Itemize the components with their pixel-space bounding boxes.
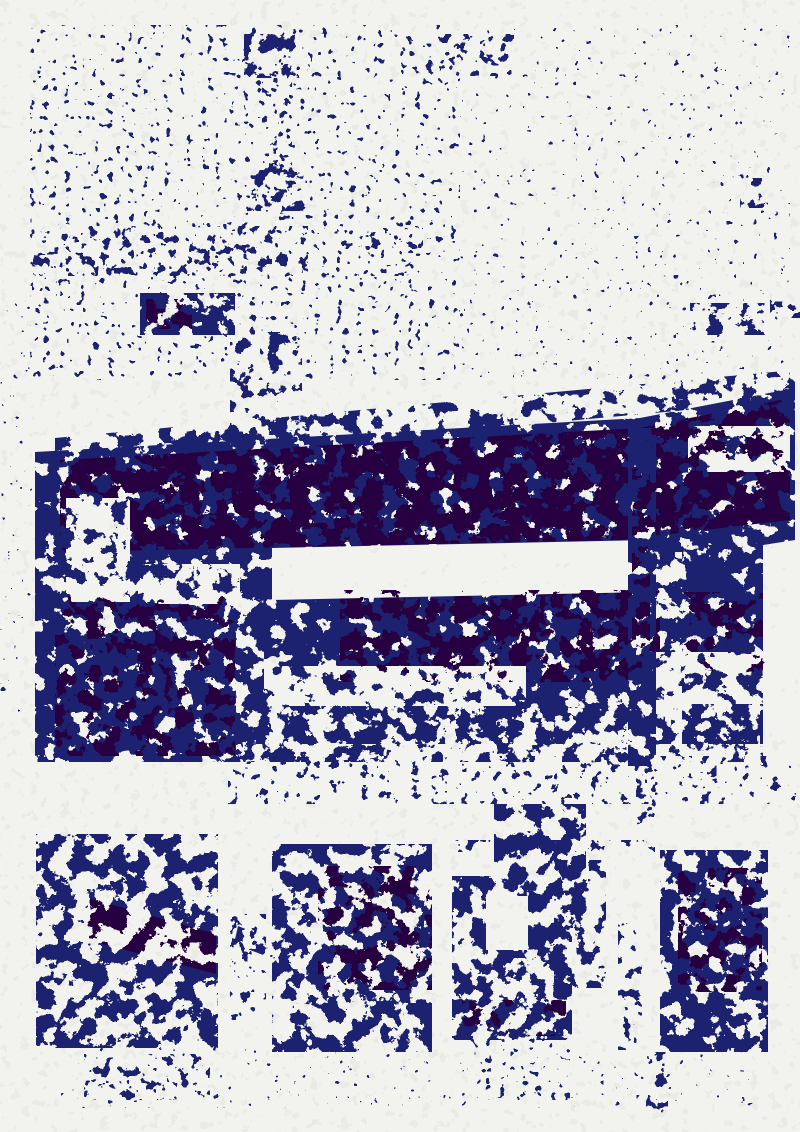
- block-3-hole-1: [486, 896, 528, 950]
- post-drip: [636, 766, 656, 842]
- block-2-deep: [318, 866, 432, 990]
- top-cluster-b: [243, 163, 307, 211]
- white-vert-seam-2: [236, 595, 264, 713]
- dark-blob-core: [146, 299, 192, 329]
- dot-cluster-f: [690, 303, 768, 335]
- left-margin-dots: [0, 300, 32, 720]
- fence-post-deep: [632, 470, 650, 650]
- block-3-arm: [554, 860, 606, 988]
- mass-band-b-deep-left: [55, 596, 235, 756]
- white-hole-left: [66, 498, 130, 602]
- stipple-image: [0, 0, 800, 1132]
- block-3-hole-2: [506, 958, 542, 1004]
- below-mass-speckles: [228, 756, 796, 804]
- block-4-drip: [646, 1052, 668, 1114]
- white-gap-mid: [272, 540, 648, 600]
- dotted-vertical: [618, 922, 642, 1050]
- block-3-tail-dots: [470, 1038, 570, 1100]
- white-right-margin: [763, 548, 800, 764]
- stipple-print: [0, 0, 800, 1132]
- right-edge-dots: [770, 296, 800, 318]
- top-right-cluster: [424, 34, 514, 76]
- white-gap-top-right: [688, 426, 790, 472]
- mid-speckle-patch: [338, 228, 423, 276]
- stipple-regions: [0, 0, 800, 1132]
- inter-block-drip: [230, 914, 266, 1020]
- white-streak-left: [138, 564, 240, 604]
- dot-cluster-e: [740, 178, 770, 208]
- block-1-tail-dots: [84, 1054, 210, 1100]
- left-speckle-band: [33, 226, 308, 276]
- block-4-deep: [678, 868, 762, 992]
- white-gap-lower-right: [652, 652, 766, 704]
- block-3-deep: [462, 1000, 566, 1036]
